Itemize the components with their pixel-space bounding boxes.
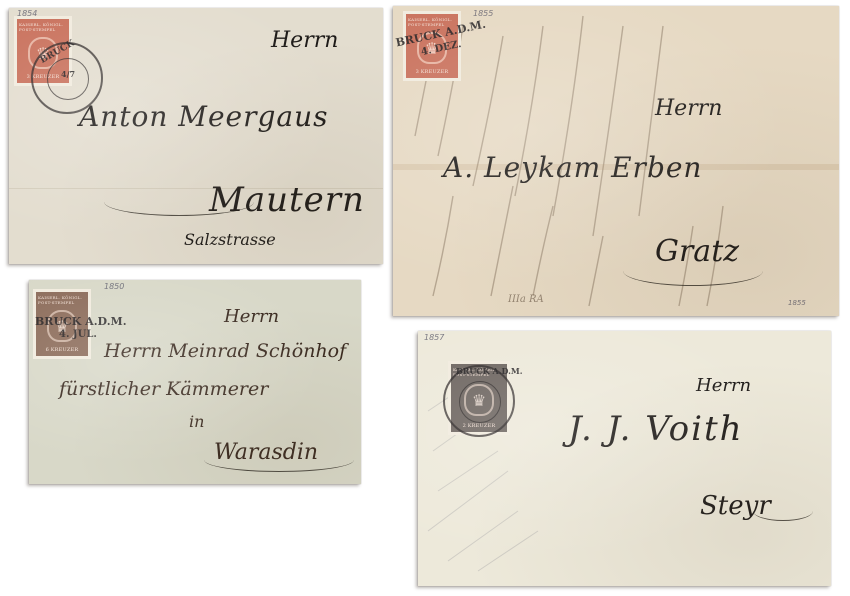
stamp-value: 6 KREUZER bbox=[46, 347, 79, 353]
postmark-date: 4/7 bbox=[61, 70, 75, 78]
postmark-line-2: 4. JUL. bbox=[59, 330, 97, 341]
letter-cover-warasdin: 1850 KAISERL. KÖNIGL. POST-STEMPEL ♛ 6 K… bbox=[29, 280, 361, 484]
postmark-town: BRUCK A.D.M. bbox=[456, 367, 523, 375]
address-salutation: Herrn bbox=[655, 96, 722, 121]
flourish bbox=[104, 188, 254, 216]
address-salutation: Herrn bbox=[696, 375, 751, 396]
address-line-3: in bbox=[189, 412, 204, 431]
flourish bbox=[623, 256, 763, 286]
address-name: Anton Meergaus bbox=[79, 100, 329, 133]
stamp-top-text: KAISERL. KÖNIGL. POST-STEMPEL bbox=[38, 295, 86, 305]
letter-cover-gratz: 1855 KAISERL. KÖNIGL. POST-STEMPEL ♛ 3 K… bbox=[393, 6, 839, 316]
postmark-line-1: BRUCK A.D.M. bbox=[35, 316, 127, 328]
address-name: J. J. Voith bbox=[568, 409, 744, 449]
letter-cover-steyr: 1857 KAISERL. KÖNIGL. POST-STEMPEL ♛ 2 K… bbox=[418, 331, 831, 586]
stamp-top-text: KAISERL. KÖNIGL. POST-STEMPEL bbox=[19, 22, 67, 32]
letter-cover-mautern: 1854 KAISERL. KÖNIGL. POST-STEMPEL ♛ 3 K… bbox=[9, 8, 383, 264]
pencil-note: 1850 bbox=[104, 282, 124, 291]
address-salutation: Herrn bbox=[271, 28, 338, 53]
address-line-2: fürstlicher Kämmerer bbox=[59, 378, 268, 400]
flourish bbox=[753, 501, 813, 521]
address-name: Herrn Meinrad Schönhof bbox=[104, 340, 346, 362]
address-salutation: Herrn bbox=[224, 306, 279, 327]
corner-note: 1855 bbox=[788, 299, 806, 307]
flourish bbox=[204, 448, 354, 472]
pencil-note: 1857 bbox=[424, 333, 444, 342]
docket-note: IIIa RA bbox=[508, 294, 544, 305]
address-name: A. Leykam Erben bbox=[443, 151, 702, 184]
address-street: Salzstrasse bbox=[184, 230, 276, 249]
stamp-value: 3 KREUZER bbox=[416, 69, 449, 75]
